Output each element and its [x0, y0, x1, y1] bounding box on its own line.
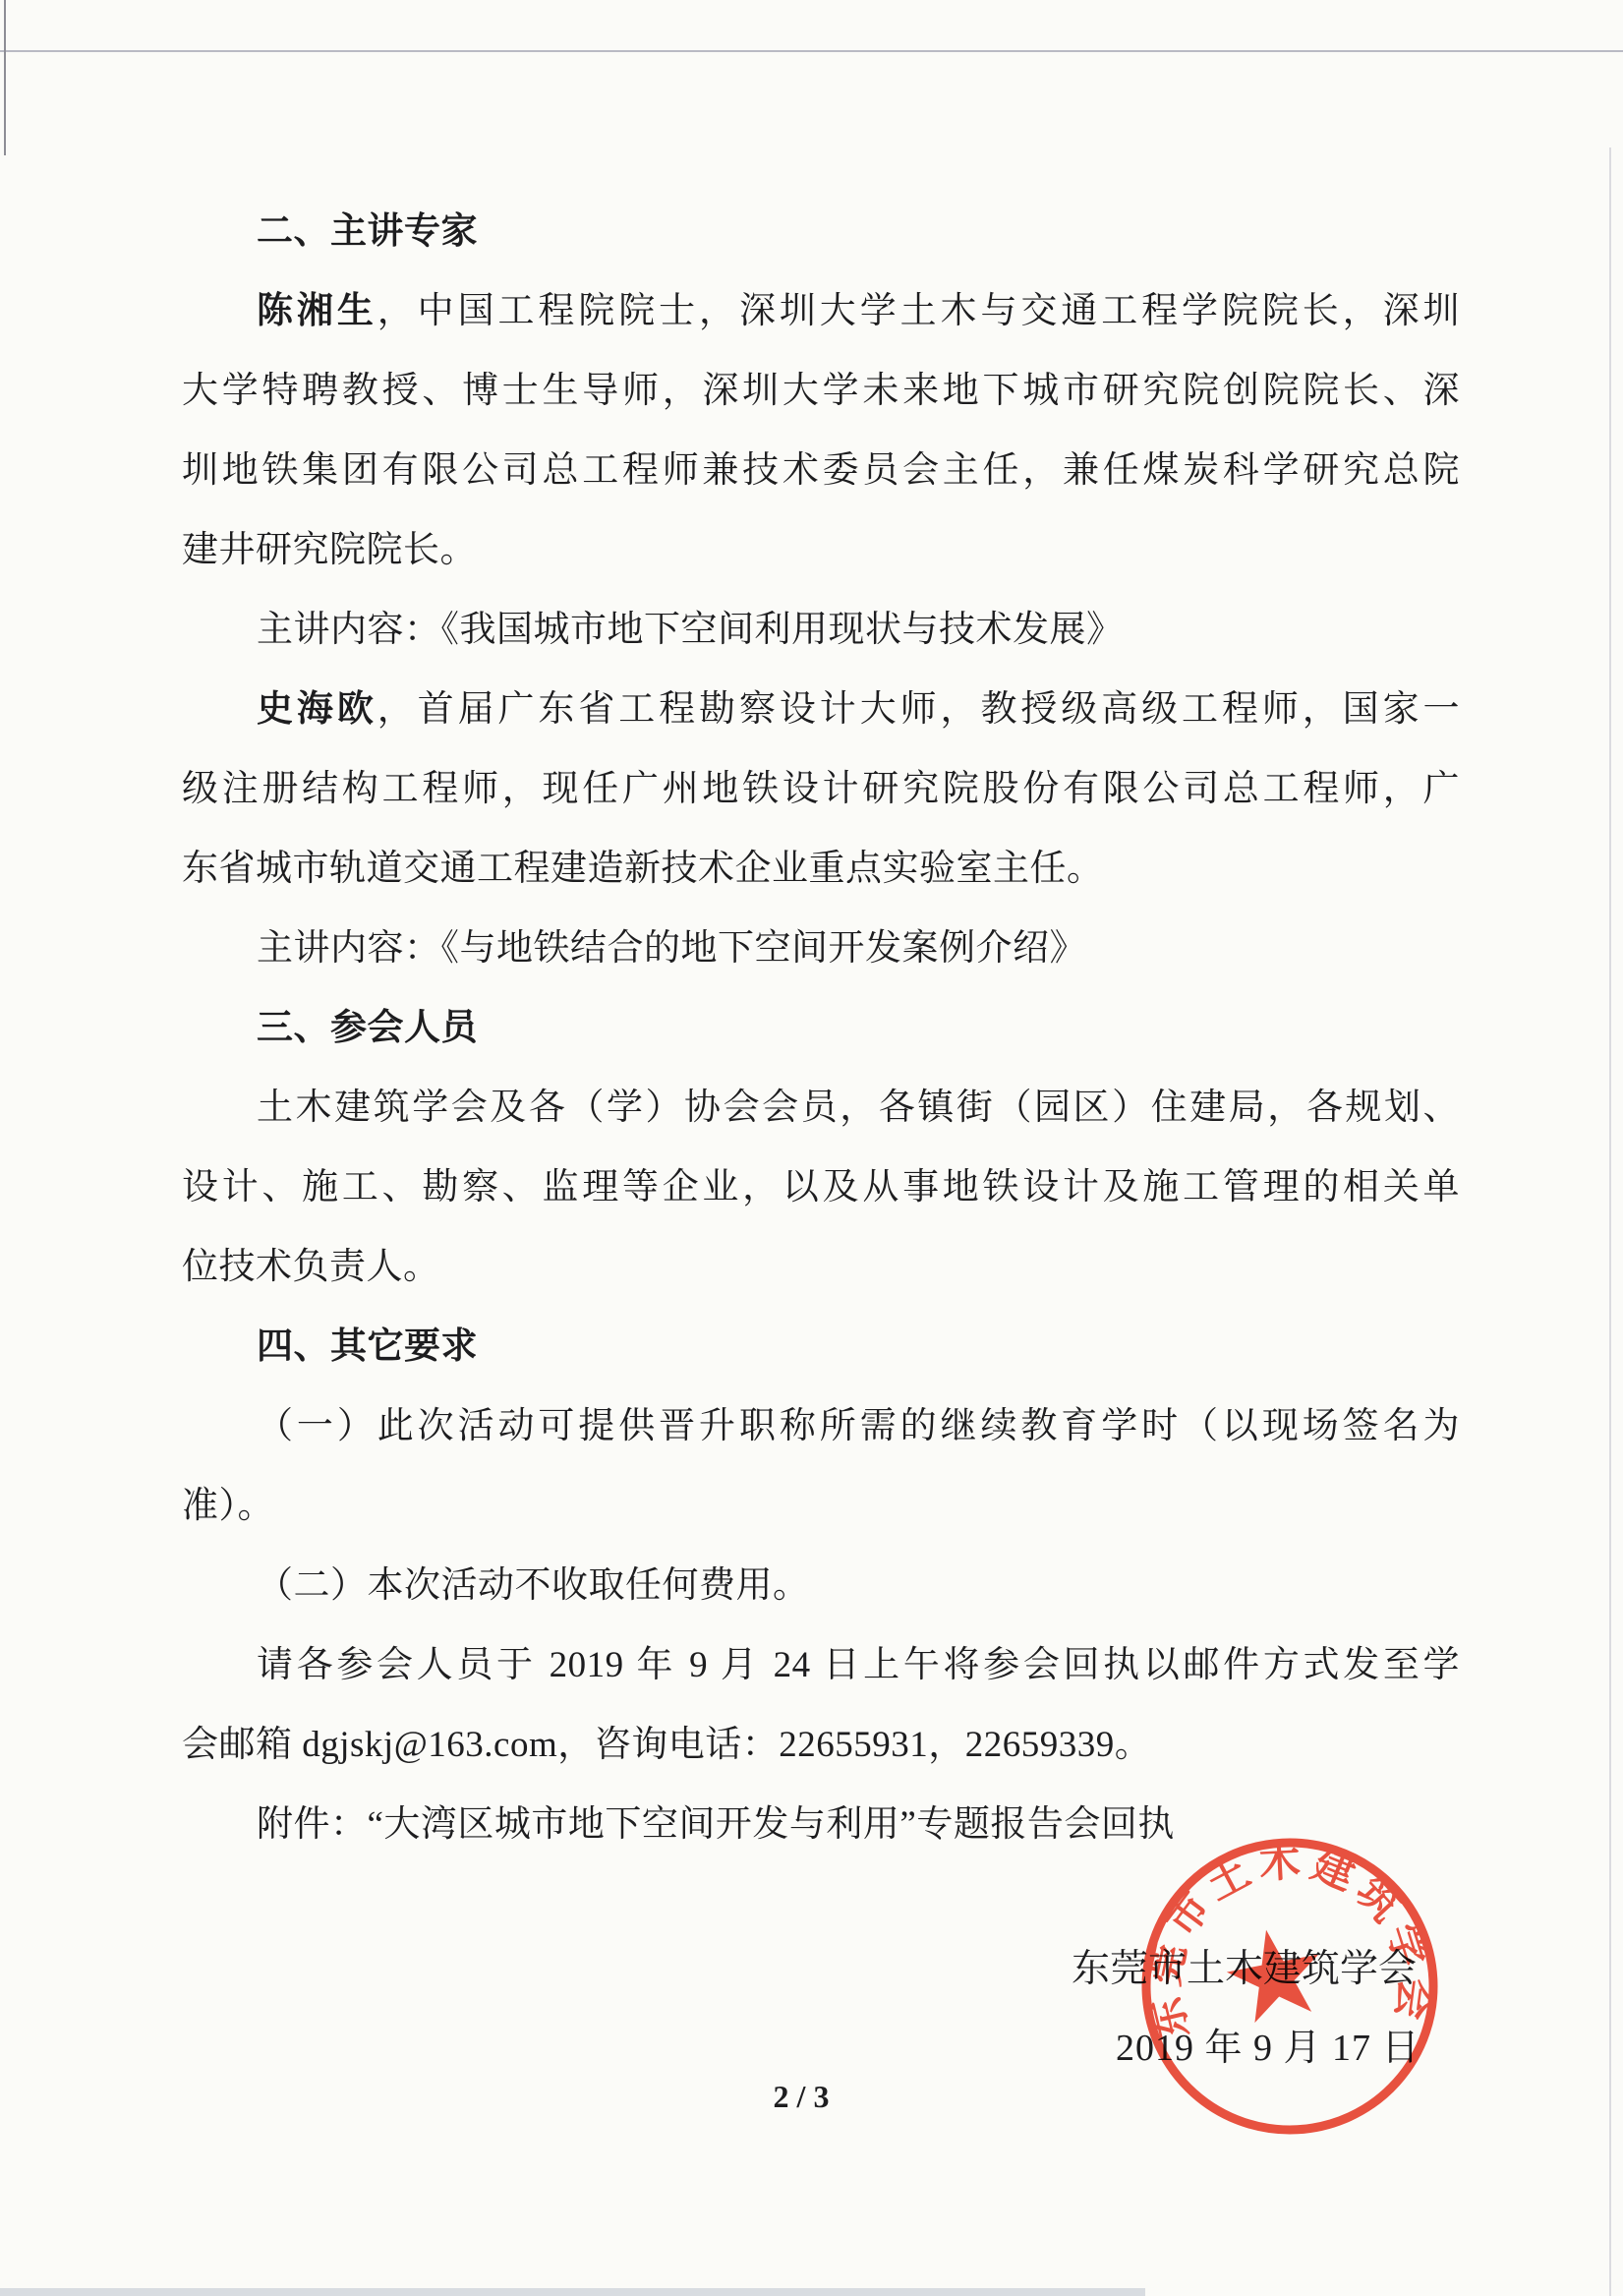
- doc-text: （一）此次活动可提供晋升职称所需的继续教育学时（以现场签名为: [257, 1406, 1460, 1446]
- doc-line: 请各参会人员于 2019 年 9 月 24 日上午将参会回执以邮件方式发至学: [182, 1625, 1460, 1705]
- doc-line: 史海欧，首届广东省工程勘察设计大师，教授级高级工程师，国家一: [182, 670, 1460, 749]
- doc-text: 四、其它要求: [257, 1326, 478, 1367]
- speaker-name-2: 史海欧: [257, 689, 377, 730]
- doc-heading: 二、主讲专家: [182, 192, 1460, 271]
- doc-line: 位技术负责人。: [182, 1227, 1460, 1307]
- doc-line: 准）。: [182, 1466, 1460, 1546]
- scan-artifact-left-mark: [4, 0, 6, 155]
- doc-line: 会邮箱 dgjskj@163.com，咨询电话：22655931，2265933…: [182, 1705, 1460, 1785]
- doc-text: 准）。: [182, 1486, 274, 1526]
- doc-line: （二）本次活动不收取任何费用。: [182, 1546, 1460, 1625]
- doc-line: 主讲内容：《与地铁结合的地下空间开发案例介绍》: [182, 909, 1460, 988]
- doc-text: 二、主讲专家: [257, 211, 478, 252]
- doc-heading: 三、参会人员: [182, 988, 1460, 1068]
- scan-artifact-top-line: [0, 50, 1623, 52]
- speaker-name-1: 陈湘生: [257, 291, 377, 331]
- doc-text: 会邮箱: [182, 1725, 302, 1765]
- doc-line: 建井研究院院长。: [182, 510, 1460, 590]
- doc-line: 级注册结构工程师，现任广州地铁设计研究院股份有限公司总工程师，广: [182, 749, 1460, 829]
- doc-text: 级注册结构工程师，现任广州地铁设计研究院股份有限公司总工程师，广: [182, 769, 1460, 809]
- doc-line: （一）此次活动可提供晋升职称所需的继续教育学时（以现场签名为: [182, 1386, 1460, 1466]
- scan-artifact-right-line: [1609, 147, 1611, 2296]
- email-text: dgjskj@163.com: [302, 1725, 557, 1765]
- doc-text: 设计、施工、勘察、监理等企业，以及从事地铁设计及施工管理的相关单: [182, 1167, 1460, 1207]
- doc-text: 土木建筑学会及各（学）协会会员，各镇街（园区）住建局，各规划、: [257, 1088, 1460, 1128]
- doc-text: 圳地铁集团有限公司总工程师兼技术委员会主任，兼任煤炭科学研究总院: [182, 450, 1460, 491]
- doc-text: 附件：“大湾区城市地下空间开发与利用”专题报告会回执: [257, 1804, 1175, 1845]
- doc-text: ，中国工程院院士，深圳大学土木与交通工程学院院长，深圳: [377, 291, 1460, 331]
- doc-body: 二、主讲专家陈湘生，中国工程院院士，深圳大学土木与交通工程学院院长，深圳大学特聘…: [182, 192, 1460, 1864]
- seal-arc-text: 东莞市土木建筑学会: [1133, 1832, 1440, 2044]
- doc-line: 陈湘生，中国工程院院士，深圳大学土木与交通工程学院院长，深圳: [182, 271, 1460, 351]
- doc-text: ，首届广东省工程勘察设计大师，教授级高级工程师，国家一: [377, 689, 1460, 730]
- doc-line: 设计、施工、勘察、监理等企业，以及从事地铁设计及施工管理的相关单: [182, 1148, 1460, 1227]
- doc-line: 东省城市轨道交通工程建造新技术企业重点实验室主任。: [182, 829, 1460, 909]
- doc-text: ，咨询电话：22655931，22659339。: [557, 1725, 1151, 1765]
- doc-line: 土木建筑学会及各（学）协会会员，各镇街（园区）住建局，各规划、: [182, 1068, 1460, 1148]
- doc-text: 东省城市轨道交通工程建造新技术企业重点实验室主任。: [182, 849, 1104, 889]
- doc-text: 建井研究院院长。: [182, 530, 477, 570]
- doc-heading: 四、其它要求: [182, 1307, 1460, 1386]
- doc-line: 大学特聘教授、博士生导师，深圳大学未来地下城市研究院创院院长、深: [182, 351, 1460, 431]
- doc-text: （二）本次活动不收取任何费用。: [257, 1565, 810, 1606]
- doc-text: 大学特聘教授、博士生导师，深圳大学未来地下城市研究院创院院长、深: [182, 371, 1460, 411]
- scan-artifact-bottom-band: [0, 2288, 1145, 2296]
- seal-star-icon: [1220, 1921, 1329, 2027]
- doc-text: 主讲内容：《我国城市地下空间利用现状与技术发展》: [257, 610, 1124, 650]
- doc-text: 请各参会人员于 2019 年 9 月 24 日上午将参会回执以邮件方式发至学: [257, 1645, 1460, 1685]
- doc-text: 位技术负责人。: [182, 1247, 440, 1287]
- official-seal: 东莞市土木建筑学会: [1125, 1821, 1455, 2151]
- doc-text: 主讲内容：《与地铁结合的地下空间开发案例介绍》: [257, 928, 1086, 969]
- document-page: 二、主讲专家陈湘生，中国工程院院士，深圳大学土木与交通工程学院院长，深圳大学特聘…: [0, 0, 1623, 2296]
- page-number: 2 / 3: [757, 2077, 845, 2116]
- doc-line: 圳地铁集团有限公司总工程师兼技术委员会主任，兼任煤炭科学研究总院: [182, 431, 1460, 510]
- doc-line: 主讲内容：《我国城市地下空间利用现状与技术发展》: [182, 590, 1460, 670]
- doc-text: 三、参会人员: [257, 1008, 478, 1048]
